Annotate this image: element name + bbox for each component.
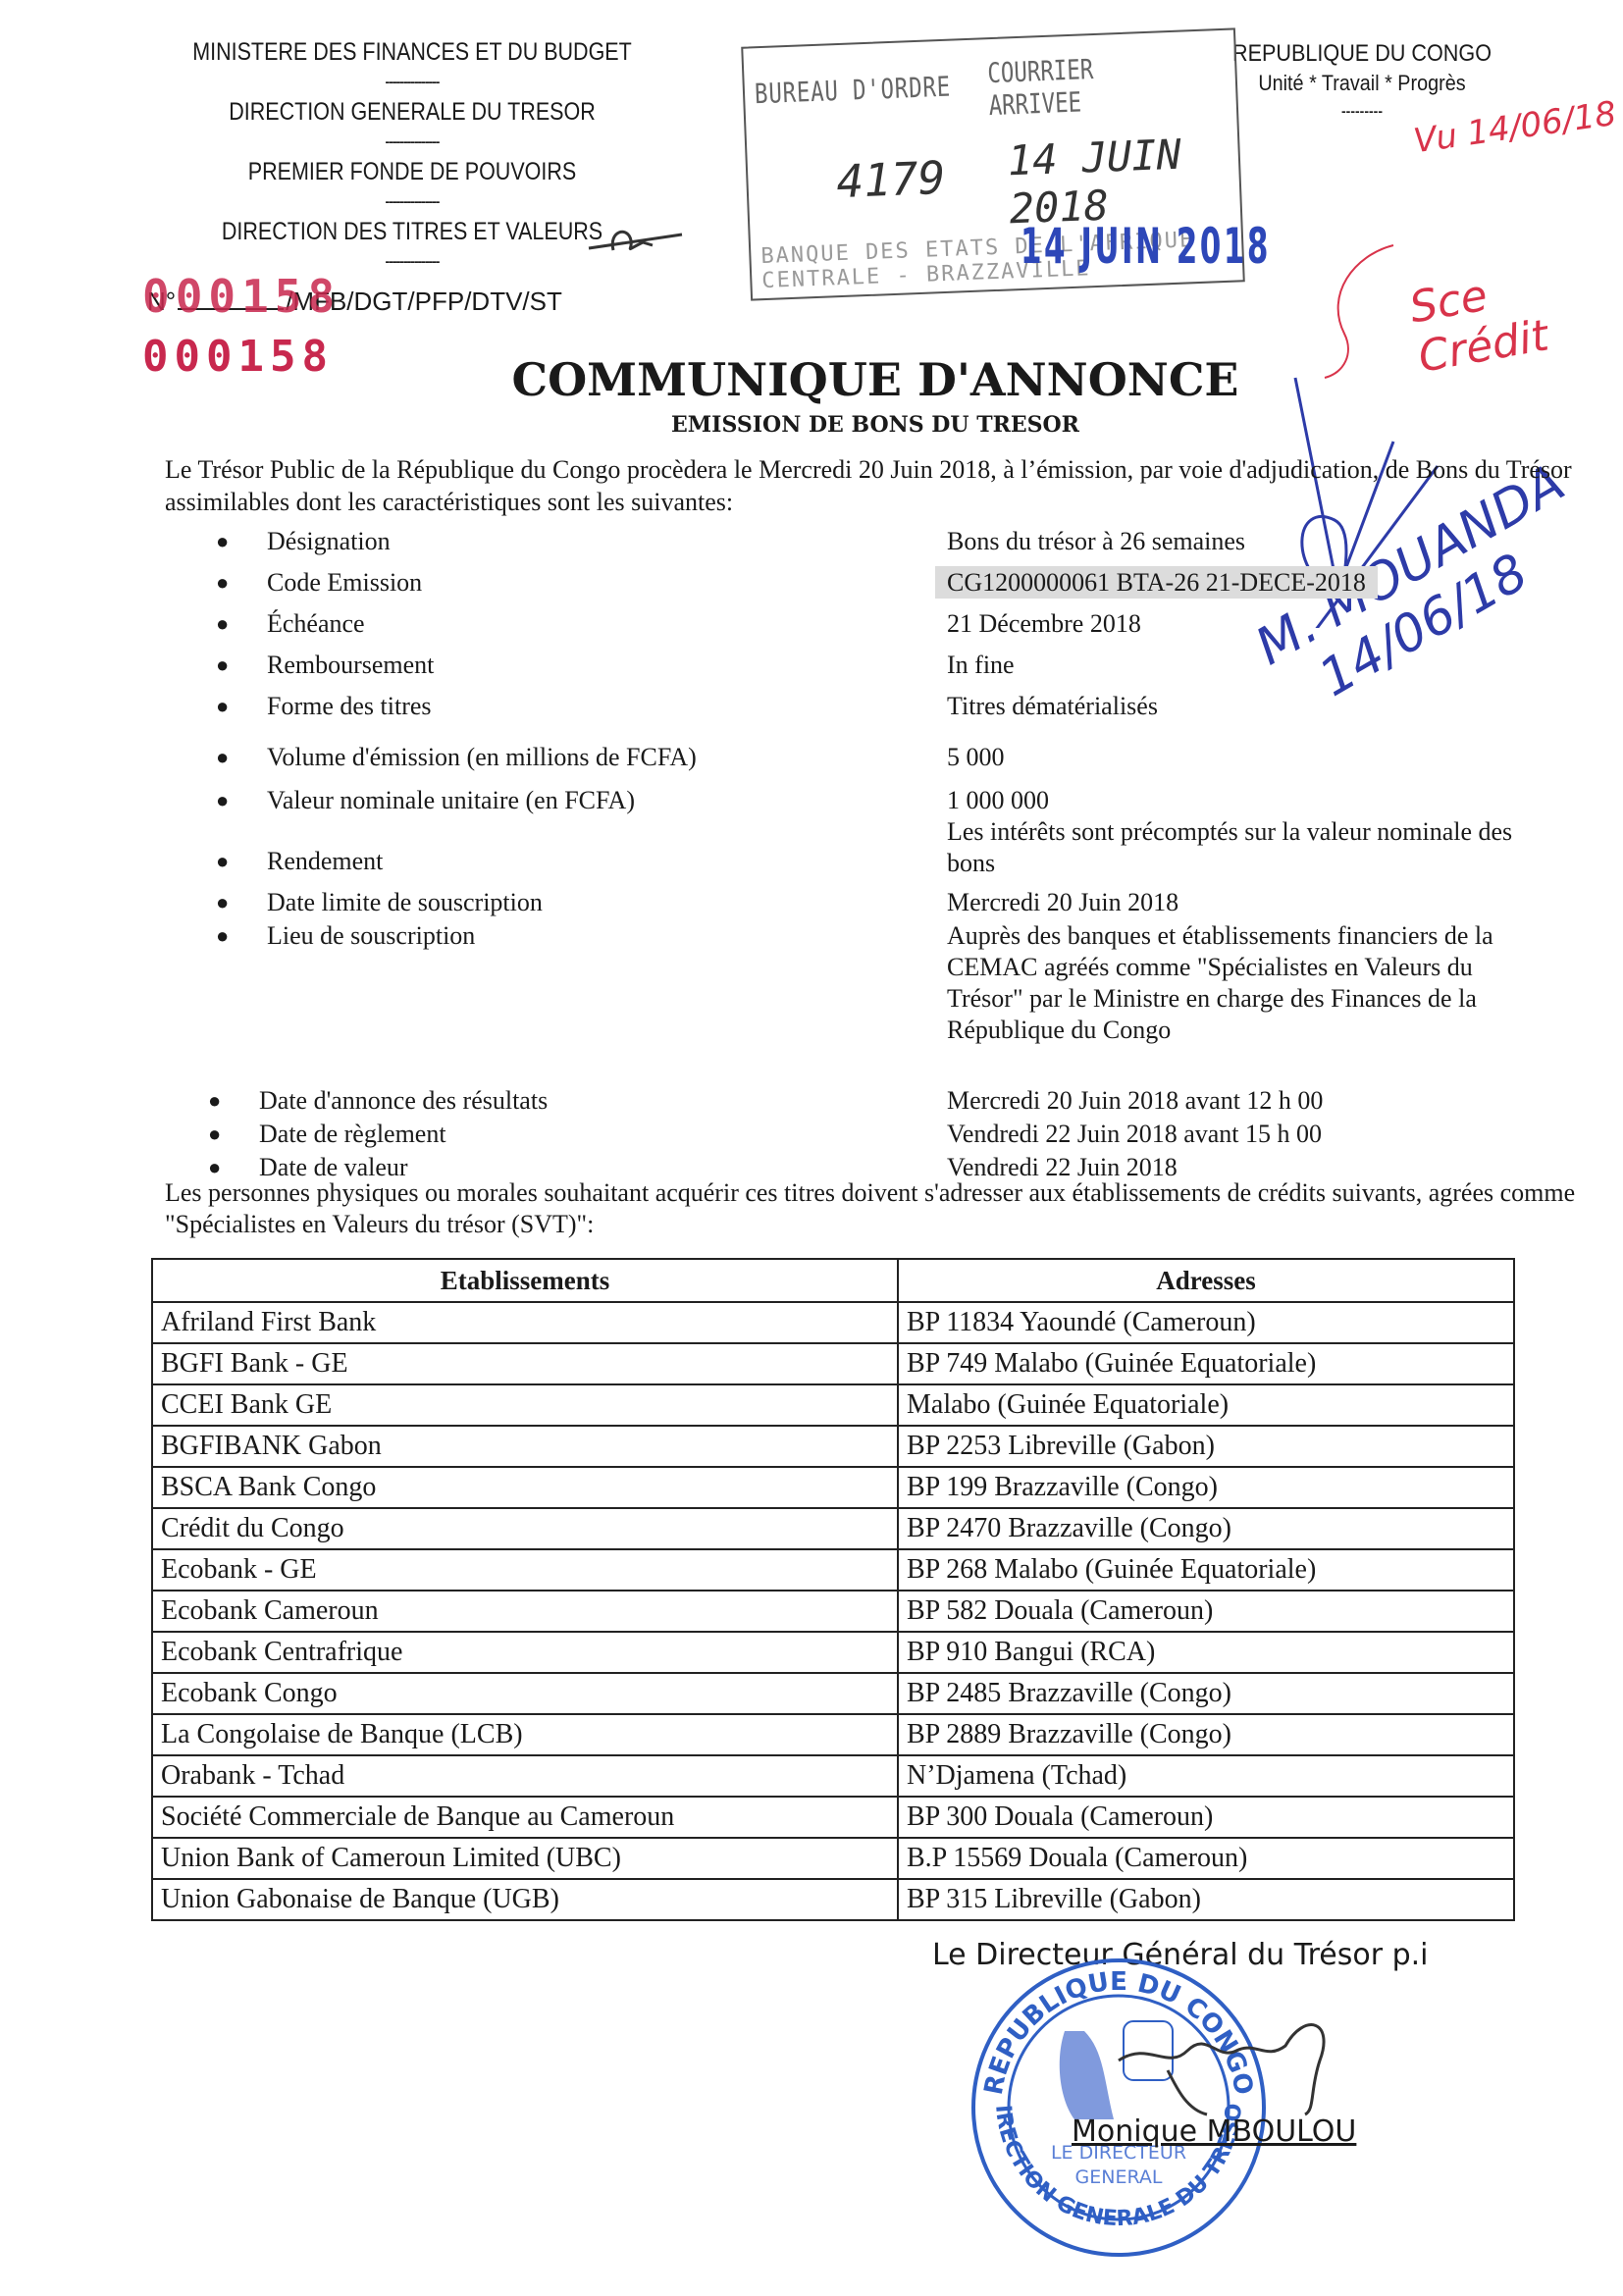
table-row: Ecobank CentrafriqueBP 910 Bangui (RCA) [152,1632,1514,1673]
spec-label: Remboursement [267,650,434,681]
spec-label: Désignation [267,526,391,557]
table-row: Union Bank of Cameroun Limited (UBC)B.P … [152,1838,1514,1879]
establishment-cell: Union Gabonaise de Banque (UGB) [152,1879,898,1920]
establishment-cell: Orabank - Tchad [152,1755,898,1797]
table-row: Ecobank CongoBP 2485 Brazzaville (Congo) [152,1673,1514,1714]
address-cell: BP 300 Douala (Cameroun) [898,1797,1514,1838]
spec-value: In fine [947,650,1536,681]
address-cell: BP 315 Libreville (Gabon) [898,1879,1514,1920]
stamp-type: COURRIER ARRIVEE [987,49,1187,122]
table-row: Orabank - TchadN’Djamena (Tchad) [152,1755,1514,1797]
table-row: Crédit du CongoBP 2470 Brazzaville (Cong… [152,1508,1514,1549]
establishment-cell: CCEI Bank GE [152,1384,898,1426]
separator: --------------- [147,67,677,97]
svt-table: Etablissements Adresses Afriland First B… [151,1258,1515,1921]
table-row: Ecobank - GEBP 268 Malabo (Guinée Equato… [152,1549,1514,1591]
address-cell: Malabo (Guinée Equatoriale) [898,1384,1514,1426]
department-name: PREMIER FONDE DE POUVOIRS [184,157,640,186]
table-row: CCEI Bank GEMalabo (Guinée Equatoriale) [152,1384,1514,1426]
ref-number-stamp: 000158 [142,270,340,323]
svt-paragraph: Les personnes physiques ou morales souha… [165,1177,1578,1240]
stamp-number: 4179 [836,151,947,208]
establishment-cell: BGFIBANK Gabon [152,1426,898,1467]
intro-paragraph: Le Trésor Public de la République du Con… [165,453,1578,518]
spec-value: Mercredi 20 Juin 2018 avant 12 h 00 [947,1085,1536,1117]
establishment-cell: Ecobank Centrafrique [152,1632,898,1673]
establishment-cell: La Congolaise de Banque (LCB) [152,1714,898,1755]
spec-value: 5 000 [947,742,1536,773]
table-row: La Congolaise de Banque (LCB)BP 2889 Bra… [152,1714,1514,1755]
country-motto: Unité * Travail * Progrès [1221,69,1503,98]
establishment-cell: Crédit du Congo [152,1508,898,1549]
establishment-cell: Ecobank Congo [152,1673,898,1714]
spec-value: Les intérêts sont précomptés sur la vale… [947,816,1536,879]
address-cell: BP 2470 Brazzaville (Congo) [898,1508,1514,1549]
establishment-cell: BSCA Bank Congo [152,1467,898,1508]
division-name: DIRECTION DES TITRES ET VALEURS [184,217,640,246]
separator: --------------- [147,186,677,217]
spec-label: Rendement [267,846,383,877]
table-row: BGFI Bank - GEBP 749 Malabo (Guinée Equa… [152,1343,1514,1384]
spec-label: Forme des titres [267,691,432,722]
address-cell: B.P 15569 Douala (Cameroun) [898,1838,1514,1879]
column-header-addresses: Adresses [898,1259,1514,1302]
spec-value: 21 Décembre 2018 [947,608,1536,640]
spec-label: Date limite de souscription [267,887,543,918]
address-cell: BP 11834 Yaoundé (Cameroun) [898,1302,1514,1343]
directorate-name: DIRECTION GENERALE DU TRESOR [184,97,640,127]
country-name: REPUBLIQUE DU CONGO [1221,39,1503,69]
stamp-office: BUREAU D'ORDRE [754,71,951,111]
establishment-cell: Ecobank - GE [152,1549,898,1591]
address-cell: BP 2253 Libreville (Gabon) [898,1426,1514,1467]
spec-value: Vendredi 22 Juin 2018 avant 15 h 00 [947,1119,1536,1150]
table-row: BGFIBANK GabonBP 2253 Libreville (Gabon) [152,1426,1514,1467]
signer-name: Monique MBOULOU [1072,2114,1356,2149]
spec-label: Volume d'émission (en millions de FCFA) [267,742,697,773]
table-row: Afriland First BankBP 11834 Yaoundé (Cam… [152,1302,1514,1343]
ministry-name: MINISTERE DES FINANCES ET DU BUDGET [184,37,640,67]
spec-value: Auprès des banques et établissements fin… [947,920,1496,1046]
spec-value: Bons du trésor à 26 semaines [947,526,1536,557]
address-cell: BP 910 Bangui (RCA) [898,1632,1514,1673]
address-cell: BP 749 Malabo (Guinée Equatoriale) [898,1343,1514,1384]
blue-date-stamp: 14 JUIN 2018 [1021,218,1271,275]
table-row: Union Gabonaise de Banque (UGB)BP 315 Li… [152,1879,1514,1920]
spec-label: Échéance [267,608,365,640]
spec-value: Titres dématérialisés [947,691,1536,722]
table-header-row: Etablissements Adresses [152,1259,1514,1302]
spec-label: Code Emission [267,567,422,599]
signature-icon [1109,2002,1344,2119]
establishment-cell: Afriland First Bank [152,1302,898,1343]
spec-label: Valeur nominale unitaire (en FCFA) [267,785,635,816]
page-title: COMMUNIQUE D'ANNONCE [0,353,1623,406]
address-cell: BP 199 Brazzaville (Congo) [898,1467,1514,1508]
separator: --------------- [147,127,677,157]
page-subtitle: EMISSION DE BONS DU TRESOR [0,412,1623,438]
table-body: Afriland First BankBP 11834 Yaoundé (Cam… [152,1302,1514,1920]
address-cell: BP 582 Douala (Cameroun) [898,1591,1514,1632]
table-row: Ecobank CamerounBP 582 Douala (Cameroun) [152,1591,1514,1632]
establishment-cell: BGFI Bank - GE [152,1343,898,1384]
spec-value: 1 000 000 [947,785,1536,816]
address-cell: N’Djamena (Tchad) [898,1755,1514,1797]
spec-label: Date d'annonce des résultats [259,1085,548,1117]
emission-code: CG1200000061 BTA-26 21-DECE-2018 [935,566,1378,599]
column-header-establishments: Etablissements [152,1259,898,1302]
table-row: BSCA Bank CongoBP 199 Brazzaville (Congo… [152,1467,1514,1508]
establishment-cell: Société Commerciale de Banque au Camerou… [152,1797,898,1838]
address-cell: BP 2485 Brazzaville (Congo) [898,1673,1514,1714]
address-cell: BP 268 Malabo (Guinée Equatoriale) [898,1549,1514,1591]
country-header: REPUBLIQUE DU CONGO Unité * Travail * Pr… [1205,39,1519,124]
svg-text:GENERAL: GENERAL [1075,2166,1163,2188]
spec-label: Date de règlement [259,1119,446,1150]
initials-mark-icon [584,221,692,260]
establishment-cell: Ecobank Cameroun [152,1591,898,1632]
table-row: Société Commerciale de Banque au Camerou… [152,1797,1514,1838]
address-cell: BP 2889 Brazzaville (Congo) [898,1714,1514,1755]
spec-label: Lieu de souscription [267,920,475,952]
establishment-cell: Union Bank of Cameroun Limited (UBC) [152,1838,898,1879]
spec-value: Mercredi 20 Juin 2018 [947,887,1536,918]
